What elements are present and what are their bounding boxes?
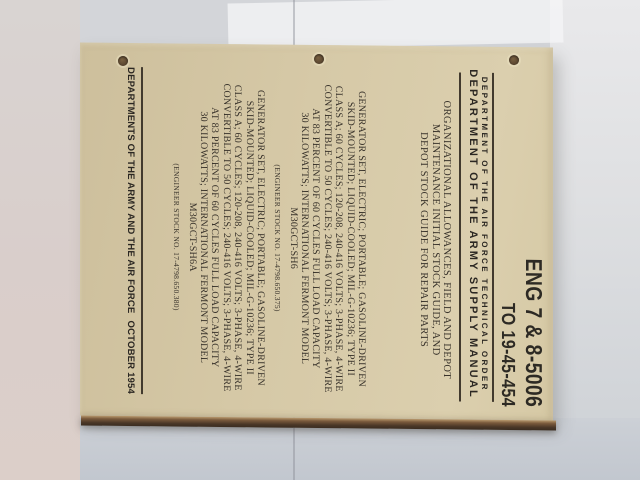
generator-line: CLASS A; 60 CYCLES; 120-208, 240-416 VOL… xyxy=(333,71,344,406)
dept-army-line: DEPARTMENT OF THE ARMY SUPPLY MANUAL xyxy=(467,47,479,422)
footer-issuer: DEPARTMENTS OF THE ARMY AND THE AIR FORC… xyxy=(125,67,136,314)
footer-date: OCTOBER 1954 xyxy=(125,320,136,394)
generator-line: 30 KILOWATTS; INTERNATIONAL FERMONT MODE… xyxy=(299,71,310,406)
army-pub-number: ENG 7 & 8-5006 xyxy=(520,258,547,407)
subject-line: MAINTENANCE INITIAL STOCK GUIDE, AND xyxy=(429,72,440,407)
generator-model: M30GCT-SH6A xyxy=(186,70,197,405)
subject-line: ORGANIZATIONAL ALLOWANCES, FIELD AND DEP… xyxy=(441,72,452,407)
document-content: ENG 7 & 8-5006 TO 19-45-454 DEPARTMENT O… xyxy=(80,43,553,423)
generator-line: AT 83 PERCENT OF 60 CYCLES FULL LOAD CAP… xyxy=(209,70,220,405)
generator-line: SKID-MOUNTED; LIQUID-COOLED; MIL-G-10236… xyxy=(243,70,254,405)
photo-scene: ENG 7 & 8-5006 TO 19-45-454 DEPARTMENT O… xyxy=(0,0,640,480)
subject-block: ORGANIZATIONAL ALLOWANCES, FIELD AND DEP… xyxy=(418,72,452,407)
subject-line: DEPOT STOCK GUIDE FOR REPAIR PARTS xyxy=(418,72,429,407)
table-surface-left xyxy=(0,0,80,480)
table-surface-right xyxy=(550,0,640,480)
air-force-pub-number: TO 19-45-454 xyxy=(496,258,518,407)
engineer-stock-number: (ENGINEER STOCK NO. 17-4798.650.380) xyxy=(171,69,182,404)
generator-block-2: GENERATOR SET, ELECTRIC; PORTABLE; GASOL… xyxy=(171,69,266,405)
footer-rule xyxy=(142,67,144,394)
table-surface-top-highlight xyxy=(228,0,564,50)
generator-model: M30GCT-SH6 xyxy=(287,71,298,406)
generator-line: CLASS A; 60 CYCLES; 120-208, 240-416 VOL… xyxy=(232,70,243,405)
footer: DEPARTMENTS OF THE ARMY AND THE AIR FORC… xyxy=(125,67,136,394)
generator-line: GENERATOR SET, ELECTRIC; PORTABLE; GASOL… xyxy=(356,71,367,406)
generator-line: CONVERTIBLE TO 50 CYCLES; 240-416 VOLTS;… xyxy=(321,71,332,406)
generator-block-1: GENERATOR SET, ELECTRIC; PORTABLE; GASOL… xyxy=(272,71,367,407)
engineer-stock-number: (ENGINEER STOCK NO. 17-4798.650.375) xyxy=(272,71,283,406)
manual-cover: ENG 7 & 8-5006 TO 19-45-454 DEPARTMENT O… xyxy=(80,43,553,421)
generator-line: AT 83 PERCENT OF 60 CYCLES FULL LOAD CAP… xyxy=(310,71,321,406)
divider-rule xyxy=(460,72,462,401)
generator-line: 30 KILOWATTS; INTERNATIONAL FERMONT MODE… xyxy=(198,70,209,405)
generator-line: SKID-MOUNTED; LIQUID-COOLED; MIL-G-10236… xyxy=(344,71,355,406)
publication-numbers: ENG 7 & 8-5006 TO 19-45-454 xyxy=(496,230,547,408)
divider-rule xyxy=(493,73,495,402)
generator-line: CONVERTIBLE TO 50 CYCLES; 240-416 VOLTS;… xyxy=(220,70,231,405)
dept-air-force-line: DEPARTMENT OF THE AIR FORCE TECHNICAL OR… xyxy=(480,47,489,422)
generator-line: GENERATOR SET, ELECTRIC; PORTABLE; GASOL… xyxy=(255,70,266,405)
